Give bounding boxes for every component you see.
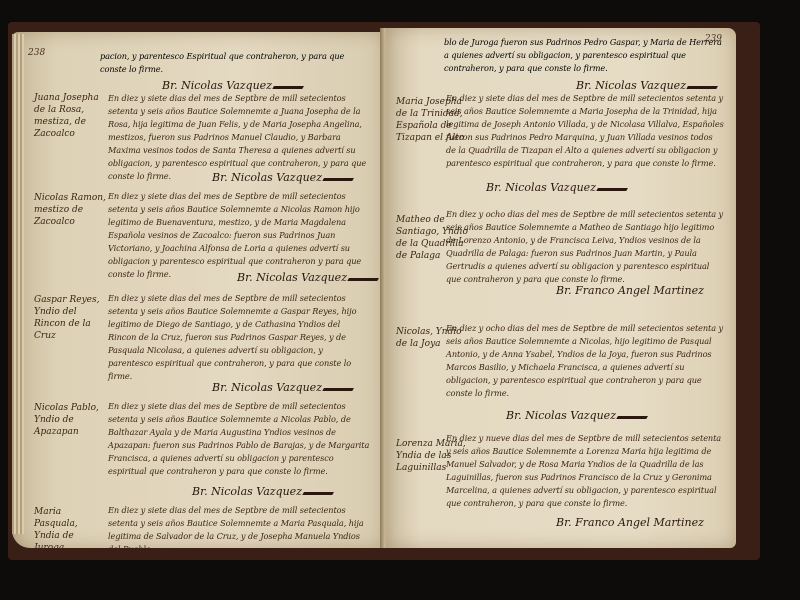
- signature-flourish-icon: [302, 482, 340, 495]
- signature-flourish-icon: [347, 268, 384, 281]
- continuation-text: pacion, y parentesco Espiritual que cont…: [100, 50, 370, 76]
- signature-flourish-icon: [322, 378, 360, 391]
- entry-text: En diez y siete dias del mes de Septbre …: [108, 400, 370, 478]
- signature-flourish-icon: [686, 76, 724, 89]
- signature: Br. Nicolas Vazquez: [212, 168, 356, 184]
- entry-text: En diez y ocho dias del mes de Septbre d…: [446, 322, 724, 400]
- margin-name: Nicolas Ramon, mestizo de Zacoalco: [34, 192, 106, 228]
- entry-text: En diez y siete dias del mes de Septbre …: [108, 292, 370, 383]
- signature: Br. Nicolas Vazquez: [486, 178, 630, 194]
- continuation-text: blo de Juroga fueron sus Padrinos Pedro …: [444, 36, 722, 75]
- signature-flourish-icon: [596, 178, 634, 191]
- margin-name: Nicolas Pablo, Yndio de Apazapan: [34, 402, 106, 438]
- signature-flourish-icon: [616, 406, 654, 419]
- margin-name: Maria Pasquala, Yndia de Juroga: [34, 506, 106, 548]
- signature: Br. Nicolas Vazquez: [237, 268, 381, 284]
- signature-flourish-icon: [272, 76, 310, 89]
- page-edges: [12, 34, 24, 534]
- signature-flourish-icon: [322, 168, 360, 181]
- signature: Br. Nicolas Vazquez: [506, 406, 650, 422]
- right-page: 239 blo de Juroga fueron sus Padrinos Pe…: [386, 28, 736, 548]
- entry-text: En diez y siete dias del mes de Septbre …: [108, 504, 370, 548]
- folio-number: 238: [28, 48, 45, 58]
- left-page: 238 pacion, y parentesco Espiritual que …: [12, 32, 384, 548]
- signature: Br. Franco Angel Martinez: [556, 516, 704, 529]
- signature: Br. Franco Angel Martinez: [556, 284, 704, 297]
- margin-name: Juana Josepha de la Rosa, mestiza, de Za…: [34, 92, 106, 140]
- signature: Br. Nicolas Vazquez: [576, 76, 720, 92]
- margin-name: Gaspar Reyes, Yndio del Rincon de la Cru…: [34, 294, 106, 342]
- signature: Br. Nicolas Vazquez: [162, 76, 306, 92]
- entry-text: En diez y ocho dias del mes de Septbre d…: [446, 208, 724, 286]
- entry-text: En diez y nueve dias del mes de Septbre …: [446, 432, 724, 510]
- signature: Br. Nicolas Vazquez: [192, 482, 336, 498]
- signature: Br. Nicolas Vazquez: [212, 378, 356, 394]
- entry-text: En diez y siete dias del mes de Septbre …: [446, 92, 724, 170]
